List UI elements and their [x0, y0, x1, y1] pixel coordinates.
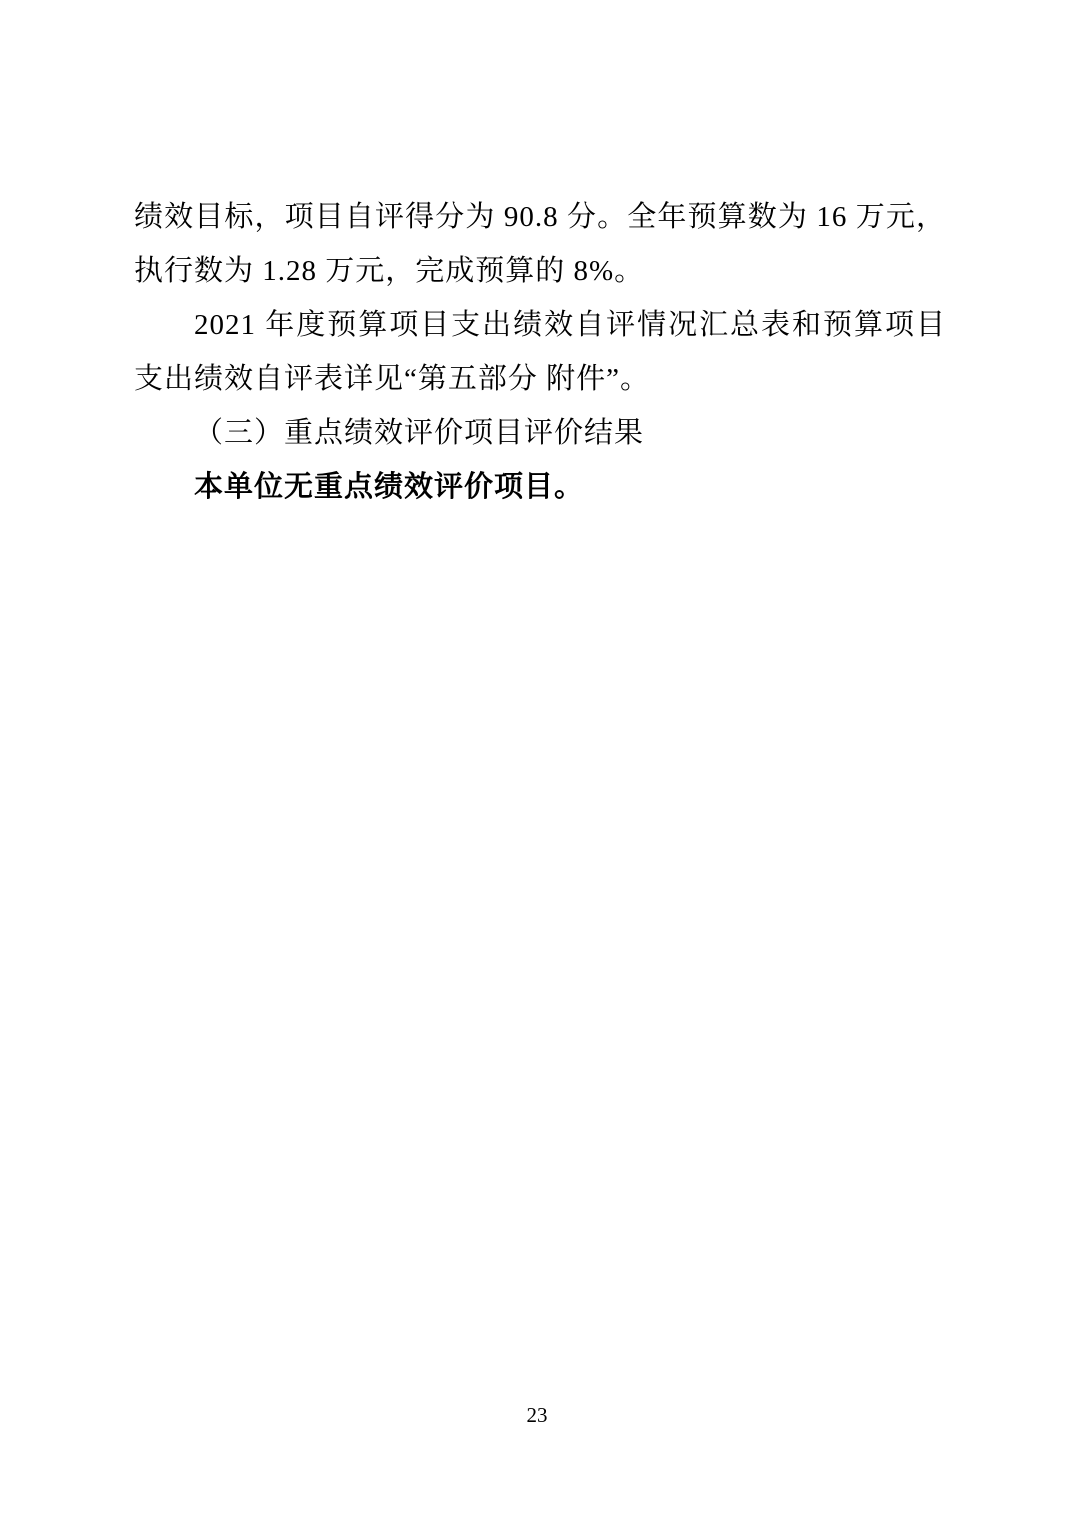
page-number: 23 — [0, 1402, 1074, 1428]
section-heading-key-evaluation: （三）重点绩效评价项目评价结果 — [134, 406, 946, 460]
paragraph-attachment-reference: 2021 年度预算项目支出绩效自评情况汇总表和预算项目支出绩效自评表详见“第五部… — [134, 298, 946, 406]
document-body: 绩效目标，项目自评得分为 90.8 分。全年预算数为 16 万元，执行数为 1.… — [134, 190, 946, 514]
document-page: 绩效目标，项目自评得分为 90.8 分。全年预算数为 16 万元，执行数为 1.… — [0, 0, 1074, 1520]
paragraph-no-key-projects: 本单位无重点绩效评价项目。 — [134, 460, 946, 514]
paragraph-budget-performance: 绩效目标，项目自评得分为 90.8 分。全年预算数为 16 万元，执行数为 1.… — [134, 190, 946, 298]
